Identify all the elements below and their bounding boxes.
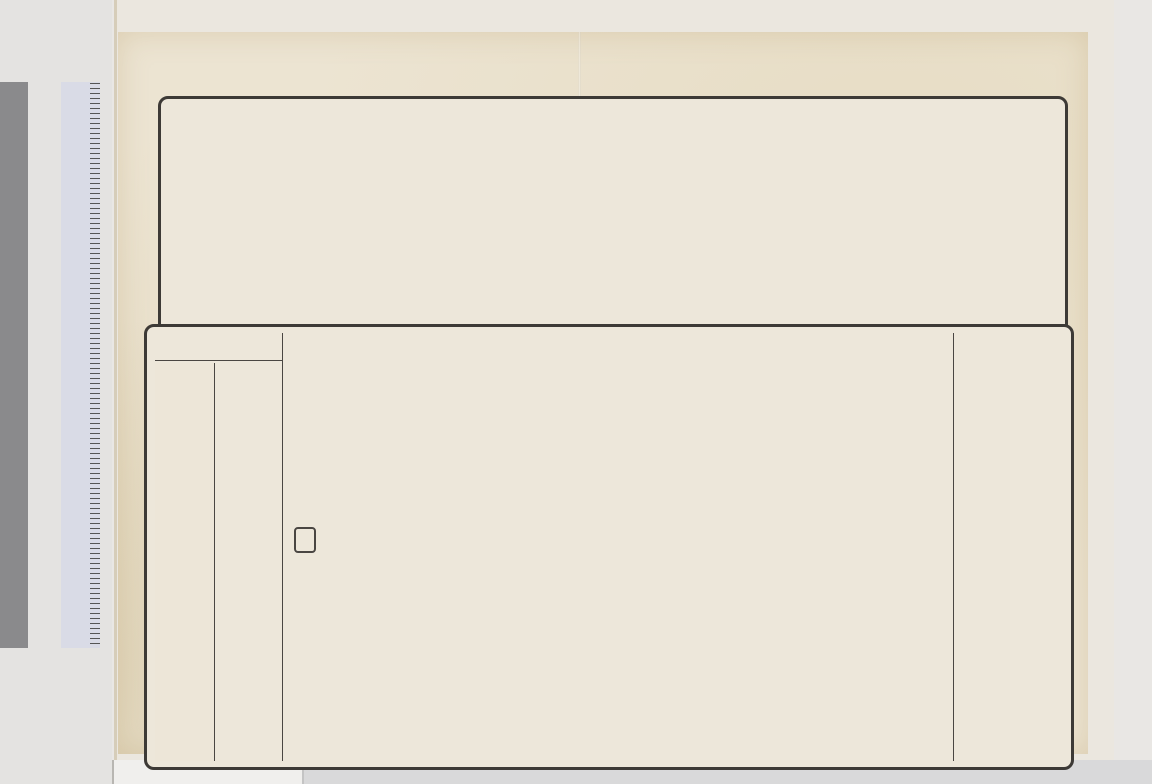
distributors-panel [155, 333, 283, 761]
lineage-box [158, 96, 1068, 348]
main-store-panel [283, 333, 347, 761]
seal-stamp [294, 527, 316, 553]
document-sheet [118, 32, 1088, 754]
advertisement-box [144, 324, 1074, 770]
efficacy-text [307, 333, 947, 761]
color-calibration-strip [0, 82, 100, 648]
grayscale-steps [28, 82, 61, 648]
blank-area [155, 363, 215, 761]
lineage-text [169, 107, 1057, 337]
distributors-header [155, 333, 282, 361]
grayscale-labels [0, 82, 28, 648]
distributors-list [216, 367, 278, 757]
measuring-ruler [61, 82, 100, 648]
maker-name [290, 523, 321, 553]
title-panel [953, 333, 1063, 761]
